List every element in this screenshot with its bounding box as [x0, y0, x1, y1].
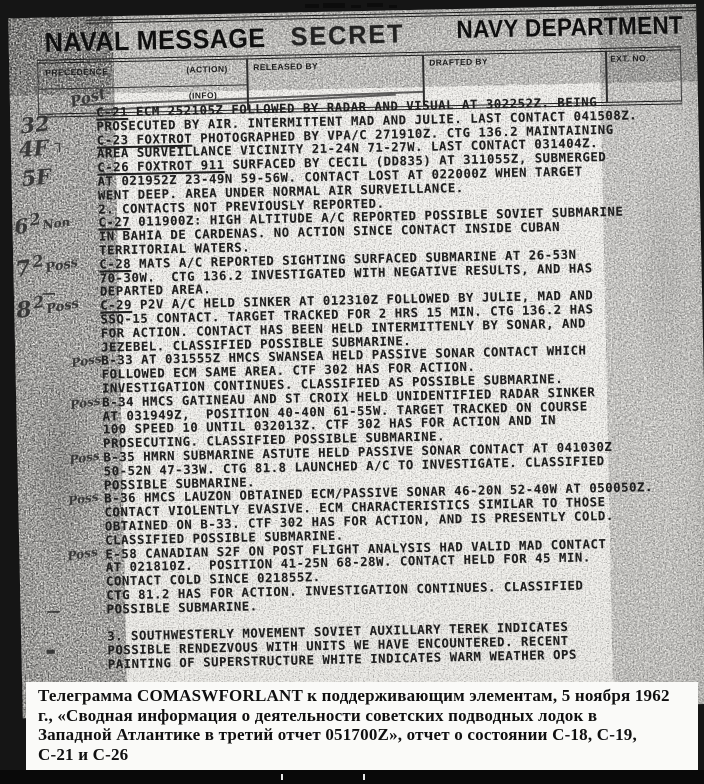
caption-text: Телеграмма COMASWFORLANT к поддерживающи… [38, 686, 698, 764]
handwritten-annotation: Poss [66, 545, 98, 564]
scan-tick-mark [281, 774, 283, 780]
handwritten-annotation: 8 [15, 296, 33, 324]
drafted-by-label: DRAFTED BY [429, 56, 488, 67]
handwritten-annotation: 6 [13, 213, 30, 239]
precedence-label: PRECEDENCE [45, 66, 108, 77]
document-page: NAVAL MESSAGE SECRET NAVY DEPARTMENT PRE… [8, 4, 704, 718]
form-divider [39, 84, 247, 89]
caption-panel: Телеграмма COMASWFORLANT к поддерживающи… [26, 682, 698, 770]
released-by-label: RELEASED BY [253, 61, 318, 72]
caption-line: Телеграмма COMASWFORLANT к поддерживающи… [38, 686, 698, 706]
scan-tick-mark [363, 774, 365, 780]
handwritten-annotation: 2 [32, 292, 46, 313]
handwritten-annotation: Poss [69, 394, 101, 413]
handwritten-annotation: Poss [45, 296, 80, 317]
handwritten-annotation: Poss [44, 255, 79, 276]
handwritten-annotation: — [42, 285, 56, 301]
secret-stamp: SECRET [290, 18, 405, 52]
handwritten-annotation: ┐ [55, 134, 64, 152]
cutoff-text-fragment [305, 1, 415, 11]
handwritten-annotation: 7 [14, 255, 32, 283]
handwritten-annotation: 2 [31, 251, 45, 272]
handwritten-annotation: Poss [70, 352, 102, 371]
screenshot-root: { "header": { "title_left": "NAVAL MESSA… [0, 0, 704, 784]
handwritten-annotation: Poss [68, 449, 100, 468]
handwritten-annotation: 2 [28, 209, 42, 230]
action-label: (ACTION) [186, 64, 228, 75]
handwritten-annotation: 5F [20, 164, 52, 192]
ext-no-label: EXT. NO. [610, 53, 649, 64]
scan-smudge [23, 337, 98, 598]
department-title: NAVY DEPARTMENT [456, 11, 683, 45]
typed-body: C-21 ECM 252105Z FOLLOWED BY RADAR AND V… [96, 94, 704, 672]
form-title: NAVAL MESSAGE [44, 23, 266, 59]
handwritten-annotation: 4F [18, 135, 49, 162]
caption-line: Западной Атлантике в третий отчет 051700… [38, 725, 698, 745]
handwritten-annotation: Non [42, 215, 71, 232]
handwritten-annotation: Poss [67, 490, 99, 509]
caption-line: С-21 и С-26 [38, 745, 698, 765]
caption-line: г., «Сводная информация о деятельности с… [38, 706, 698, 726]
handwritten-annotation: ▬ [45, 645, 56, 658]
bottom-bar [0, 770, 704, 784]
form-divider [605, 52, 608, 102]
handwritten-annotation: — [46, 603, 60, 619]
